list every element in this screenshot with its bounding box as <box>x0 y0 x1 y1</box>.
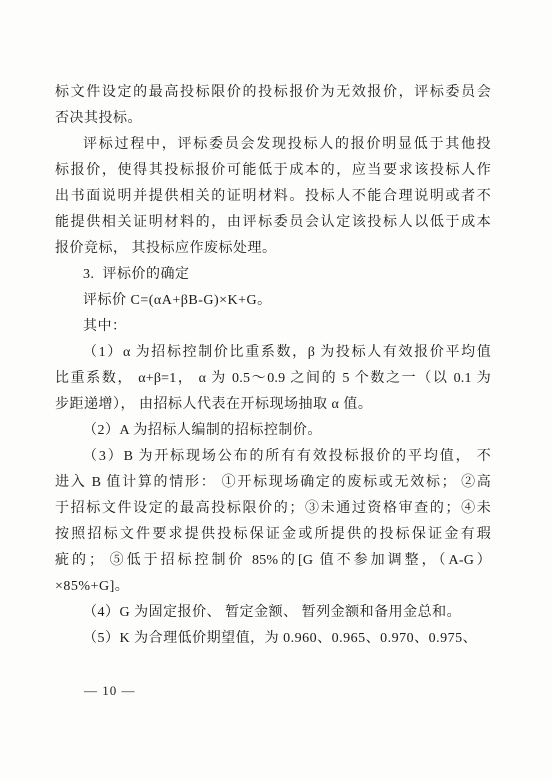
text-line: （2）A 为招标人编制的招标控制价。 <box>55 418 491 444</box>
document-body: 标文件设定的最高投标限价的投标报价为无效报价，评标委员会否决其投标。评标过程中，… <box>55 80 491 652</box>
text-line: （4）G 为固定报价、 暂定金额、 暂列金额和备用金总和。 <box>55 600 491 626</box>
text-line: 能提供相关证明材料的，由评标委员会认定该投标人以低于成本 <box>55 210 491 236</box>
text-line: 否决其投标。 <box>55 106 491 132</box>
text-line: 比重系数， α+β=1， α 为 0.5～0.9 之间的 5 个数之一（以 0.… <box>55 366 491 392</box>
text-line: 报价竞标， 其投标应作废标处理。 <box>55 236 491 262</box>
text-line: 步距递增）， 由招标人代表在开标现场抽取 α 值。 <box>55 392 491 418</box>
text-line: ×85%+G]。 <box>55 574 491 600</box>
text-line: 评标过程中，评标委员会发现投标人的报价明显低于其他投 <box>55 132 491 158</box>
text-line: 3. 评标价的确定 <box>55 262 491 288</box>
page-number: — 10 — <box>84 682 136 700</box>
text-line: （3）B 为开标现场公布的所有有效投标报价的平均值， 不 <box>55 444 491 470</box>
text-line: 出书面说明并提供相关的证明材料。投标人不能合理说明或者不 <box>55 184 491 210</box>
text-line: 标文件设定的最高投标限价的投标报价为无效报价，评标委员会 <box>55 80 491 106</box>
text-line: 于招标文件设定的最高投标限价的；③未通过资格审查的；④未 <box>55 496 491 522</box>
text-line: （5）K 为合理低价期望值，为 0.960、0.965、0.970、0.975、 <box>55 626 491 652</box>
text-line: 其中： <box>55 314 491 340</box>
text-line: 进入 B 值计算的情形： ①开标现场确定的废标或无效标； ②高 <box>55 470 491 496</box>
text-line: 疵的； ⑤低于招标控制价 85%的[G 值不参加调整，（A-G） <box>55 548 491 574</box>
text-line: 评标价 C=(αA+βB-G)×K+G。 <box>55 288 491 314</box>
text-line: （1）α 为招标控制价比重系数，β 为投标人有效报价平均值 <box>55 340 491 366</box>
text-line: 标报价，使得其投标报价可能低于成本的，应当要求该投标人作 <box>55 158 491 184</box>
document-page: 标文件设定的最高投标限价的投标报价为无效报价，评标委员会否决其投标。评标过程中，… <box>0 0 552 781</box>
text-line: 按照招标文件要求提供投标保证金或所提供的投标保证金有瑕 <box>55 522 491 548</box>
